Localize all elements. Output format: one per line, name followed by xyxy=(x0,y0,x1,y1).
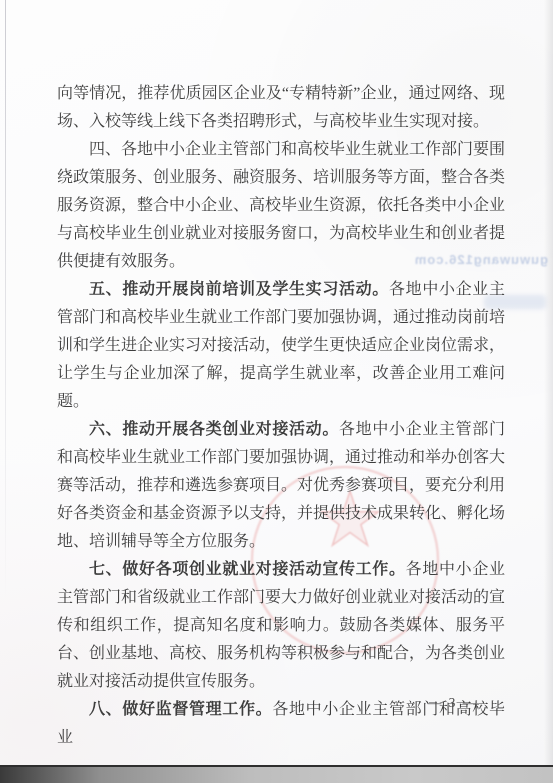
paragraph-lead: 八、做好监督管理工作。 xyxy=(89,701,272,718)
paragraph-lead: 七、做好各项创业就业对接活动宣传工作。 xyxy=(89,561,406,578)
paragraph-lead: 六、推动开展各类创业对接活动。 xyxy=(89,421,339,438)
document-body: 向等情况，推荐优质园区企业及“专精特新”企业，通过网络、现场、入校等线上线下各类… xyxy=(57,80,505,752)
paragraph: 五、推动开展岗前培训及学生实习活动。各地中小企业主管部门和高校毕业生就业工作部门… xyxy=(57,276,505,416)
paragraph: 六、推动开展各类创业对接活动。各地中小企业主管部门和高校毕业生就业工作部门要加强… xyxy=(57,416,505,556)
scan-edge-left xyxy=(5,0,6,600)
paragraph-text: 四、各地中小企业主管部门和高校毕业生就业工作部门要围绕政策服务、创业服务、融资服… xyxy=(57,141,505,270)
scan-edge-bottom xyxy=(0,767,553,783)
paragraph-text: 各地中小企业主管部门和省级就业工作部门要大力做好创业就业对接活动的宣传和组织工作… xyxy=(57,561,505,690)
paragraph-text: 各地中小企业主管部门和高校毕业生就业工作部门要加强协调，通过推动岗前培训和学生进… xyxy=(57,281,505,410)
paragraph: 向等情况，推荐优质园区企业及“专精特新”企业，通过网络、现场、入校等线上线下各类… xyxy=(57,80,505,136)
paragraph-lead: 五、推动开展岗前培训及学生实习活动。 xyxy=(89,281,389,298)
paragraph: 四、各地中小企业主管部门和高校毕业生就业工作部门要围绕政策服务、创业服务、融资服… xyxy=(57,136,505,276)
document-page: guwuwang126.com 向等情况，推荐优质园区企业及“专精特新”企业，通… xyxy=(0,0,553,783)
paragraph-text: 向等情况，推荐优质园区企业及“专精特新”企业，通过网络、现场、入校等线上线下各类… xyxy=(57,85,505,130)
page-number: — 3 — xyxy=(408,695,498,711)
paragraph: 七、做好各项创业就业对接活动宣传工作。各地中小企业主管部门和省级就业工作部门要大… xyxy=(57,556,505,696)
paragraph-text: 各地中小企业主管部门和高校毕业生就业工作部门要加强协调，通过推动和举办创客大赛等… xyxy=(57,421,505,550)
scan-edge-right xyxy=(544,0,553,783)
